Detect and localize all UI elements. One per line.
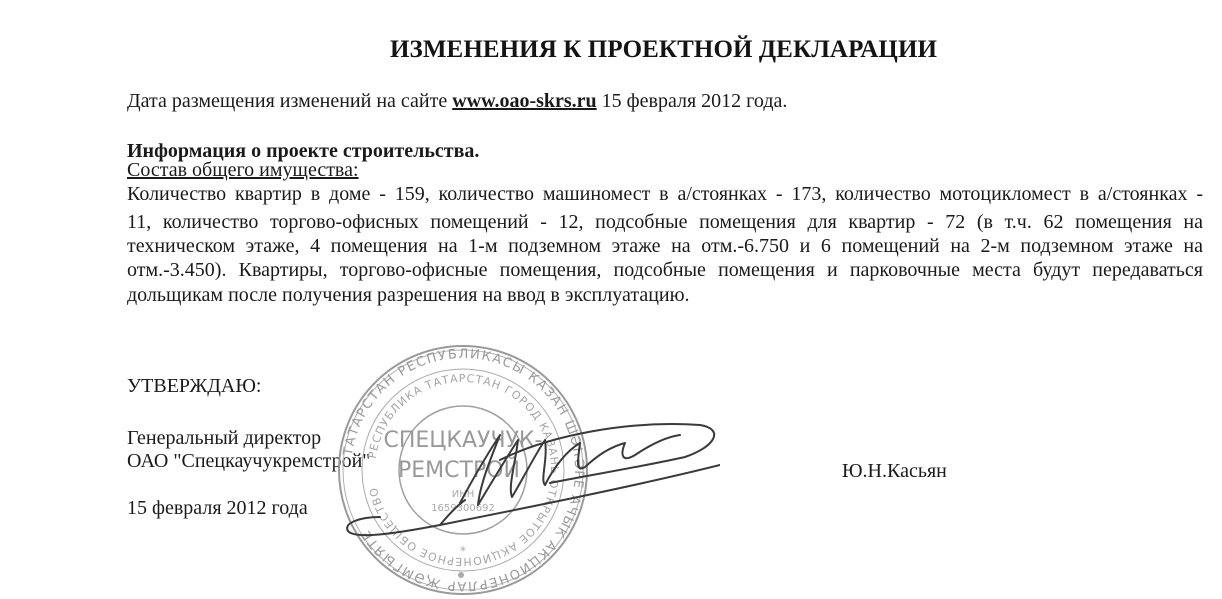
publication-date-line: Дата размещения изменений на сайте www.o… <box>127 90 787 113</box>
stamp-outer-text: ТАТАРСТАН РЕСПУБЛИКАСЫ КАЗАН ШӘҺӘРЕ АЧЫК… <box>341 347 586 593</box>
stamp-inn-label: ИНН <box>452 489 475 500</box>
stamp-inner-text: РЕСПУБЛИКА ТАТАРСТАН ГОРОД КАЗАНЬ ОТКРЫТ… <box>366 372 561 568</box>
stamp-inn-value: 1659300692 <box>431 503 495 514</box>
stamp-center-line2: РЕМСТРОЙ <box>398 457 520 483</box>
approval-label: УТВЕРЖДАЮ: <box>127 375 261 398</box>
subsection-title: Состав общего имущества: <box>127 159 359 182</box>
signatory-name: Ю.Н.Касьян <box>842 460 947 483</box>
date-line-prefix: Дата размещения изменений на сайте <box>127 90 452 112</box>
paragraph-line: дольщикам после получения разрешения на … <box>127 284 1203 307</box>
paragraph-line: отм.-3.450). Квартиры, торгово-офисные п… <box>127 259 1203 282</box>
date-line-suffix: 15 февраля 2012 года. <box>597 90 788 112</box>
paragraph-line: 11, количество торгово-офисных помещений… <box>127 211 1203 234</box>
svg-text:РЕСПУБЛИКА ТАТАРСТАН ГОРОД КАЗ: РЕСПУБЛИКА ТАТАРСТАН ГОРОД КАЗАНЬ ОТКРЫТ… <box>366 372 561 568</box>
svg-text:*: * <box>460 544 466 558</box>
director-position: Генеральный директор <box>127 427 321 450</box>
paragraph-line: техническом этаже, 4 помещения на 1-м по… <box>127 235 1203 258</box>
document-title: ИЗМЕНЕНИЯ К ПРОЕКТНОЙ ДЕКЛАРАЦИИ <box>390 36 950 64</box>
signing-date: 15 февраля 2012 года <box>127 497 308 520</box>
stamp-center-line1: СПЕЦКАУЧУК- <box>383 428 542 453</box>
svg-text:ТАТАРСТАН РЕСПУБЛИКАСЫ КАЗАН Ш: ТАТАРСТАН РЕСПУБЛИКАСЫ КАЗАН ШӘҺӘРЕ АЧЫК… <box>341 347 586 593</box>
site-link[interactable]: www.oao-skrs.ru <box>452 90 596 112</box>
paragraph-line: Количество квартир в доме - 159, количес… <box>127 183 1203 206</box>
company-name: ОАО "Спецкаучукремстрой" <box>127 450 370 473</box>
signature-icon <box>340 405 720 545</box>
company-stamp-icon: ТАТАРСТАН РЕСПУБЛИКАСЫ КАЗАН ШӘҺӘРЕ АЧЫК… <box>333 345 593 595</box>
